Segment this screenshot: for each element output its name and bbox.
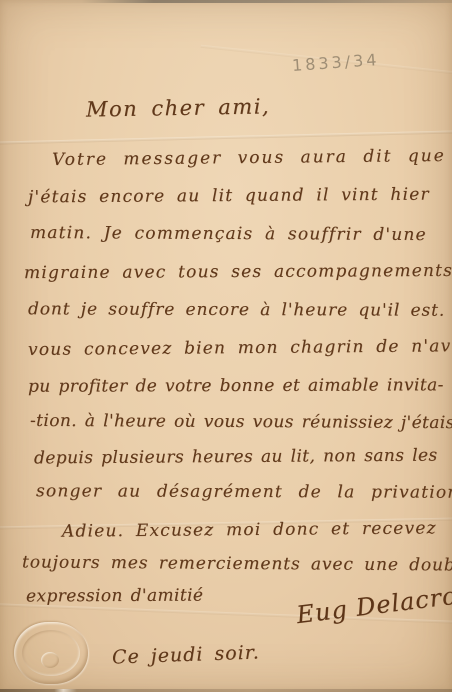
body-line: -tion. à l'heure où vous vous réunissiez… [30,411,452,433]
letter-page: 1833/34 Mon cher ami, Votre messager vou… [0,0,452,692]
pencil-date-annotation: 1833/34 [291,50,380,75]
body-line: migraine avec tous ses accompagnements, [24,261,452,283]
body-line: toujours mes remerciements avec une doub… [22,552,452,575]
body-line: pu profiter de votre bonne et aimable in… [28,375,444,396]
embossed-seal-icon [14,622,88,684]
paper-crease [0,130,452,145]
dateline: Ce jeudi soir. [112,641,260,668]
body-line: Adieu. Excusez moi donc et recevez [62,518,437,541]
body-line: matin. Je commençais à souffrir d'une [30,223,427,245]
body-line: vous concevez bien mon chagrin de n'avoi… [28,336,452,360]
body-line: dont je souffre encore à l'heure qu'il e… [28,299,445,320]
salutation: Mon cher ami, [86,94,271,121]
scan-top-edge [0,0,452,3]
body-line: depuis plusieurs heures au lit, non sans… [34,446,438,469]
body-line: Votre messager vous aura dit que [52,146,446,170]
signature: Eug Delacroix [295,579,452,629]
embossed-seal-center [41,652,59,668]
body-line: expression d'amitié [26,586,203,607]
body-line: j'étais encore au lit quand il vint hier [28,185,430,208]
body-line: songer au désagrément de la privation. [36,481,452,503]
